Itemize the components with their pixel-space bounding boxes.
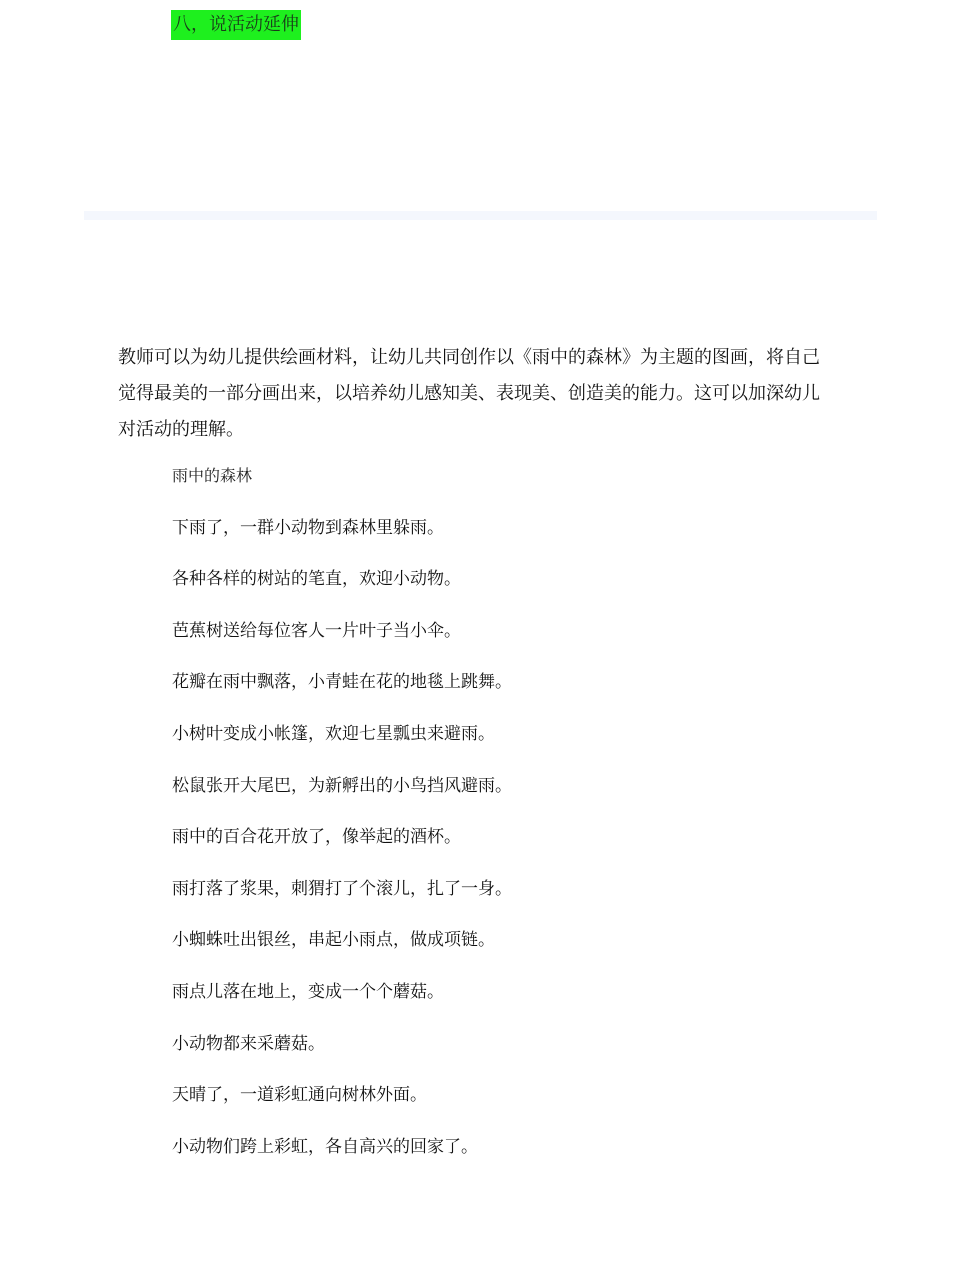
intro-paragraph: 教师可以为幼儿提供绘画材料，让幼儿共同创作以《雨中的森林》为主题的图画，将自己觉…	[118, 340, 828, 448]
poem-line: 芭蕉树送给每位客人一片叶子当小伞。	[172, 613, 772, 649]
poem-line: 小动物们跨上彩虹，各自高兴的回家了。	[172, 1129, 772, 1165]
poem-line: 小动物都来采蘑菇。	[172, 1026, 772, 1062]
poem: 雨中的森林 下雨了，一群小动物到森林里躲雨。 各种各样的树站的笔直，欢迎小动物。…	[172, 458, 772, 1165]
poem-line: 雨点儿落在地上，变成一个个蘑菇。	[172, 974, 772, 1010]
poem-line: 下雨了，一群小动物到森林里躲雨。	[172, 510, 772, 546]
poem-line: 雨打落了浆果，刺猬打了个滚儿，扎了一身。	[172, 871, 772, 907]
poem-title: 雨中的森林	[172, 458, 772, 494]
section-heading: 八，说活动延伸	[171, 10, 301, 40]
poem-line: 雨中的百合花开放了，像举起的酒杯。	[172, 819, 772, 855]
poem-line: 各种各样的树站的笔直，欢迎小动物。	[172, 561, 772, 597]
divider	[84, 211, 877, 220]
poem-line: 天晴了，一道彩虹通向树林外面。	[172, 1077, 772, 1113]
poem-line: 花瓣在雨中飘落，小青蛙在花的地毯上跳舞。	[172, 664, 772, 700]
poem-line: 松鼠张开大尾巴，为新孵出的小鸟挡风避雨。	[172, 768, 772, 804]
poem-line: 小树叶变成小帐篷，欢迎七星瓢虫来避雨。	[172, 716, 772, 752]
poem-line: 小蜘蛛吐出银丝，串起小雨点，做成项链。	[172, 922, 772, 958]
